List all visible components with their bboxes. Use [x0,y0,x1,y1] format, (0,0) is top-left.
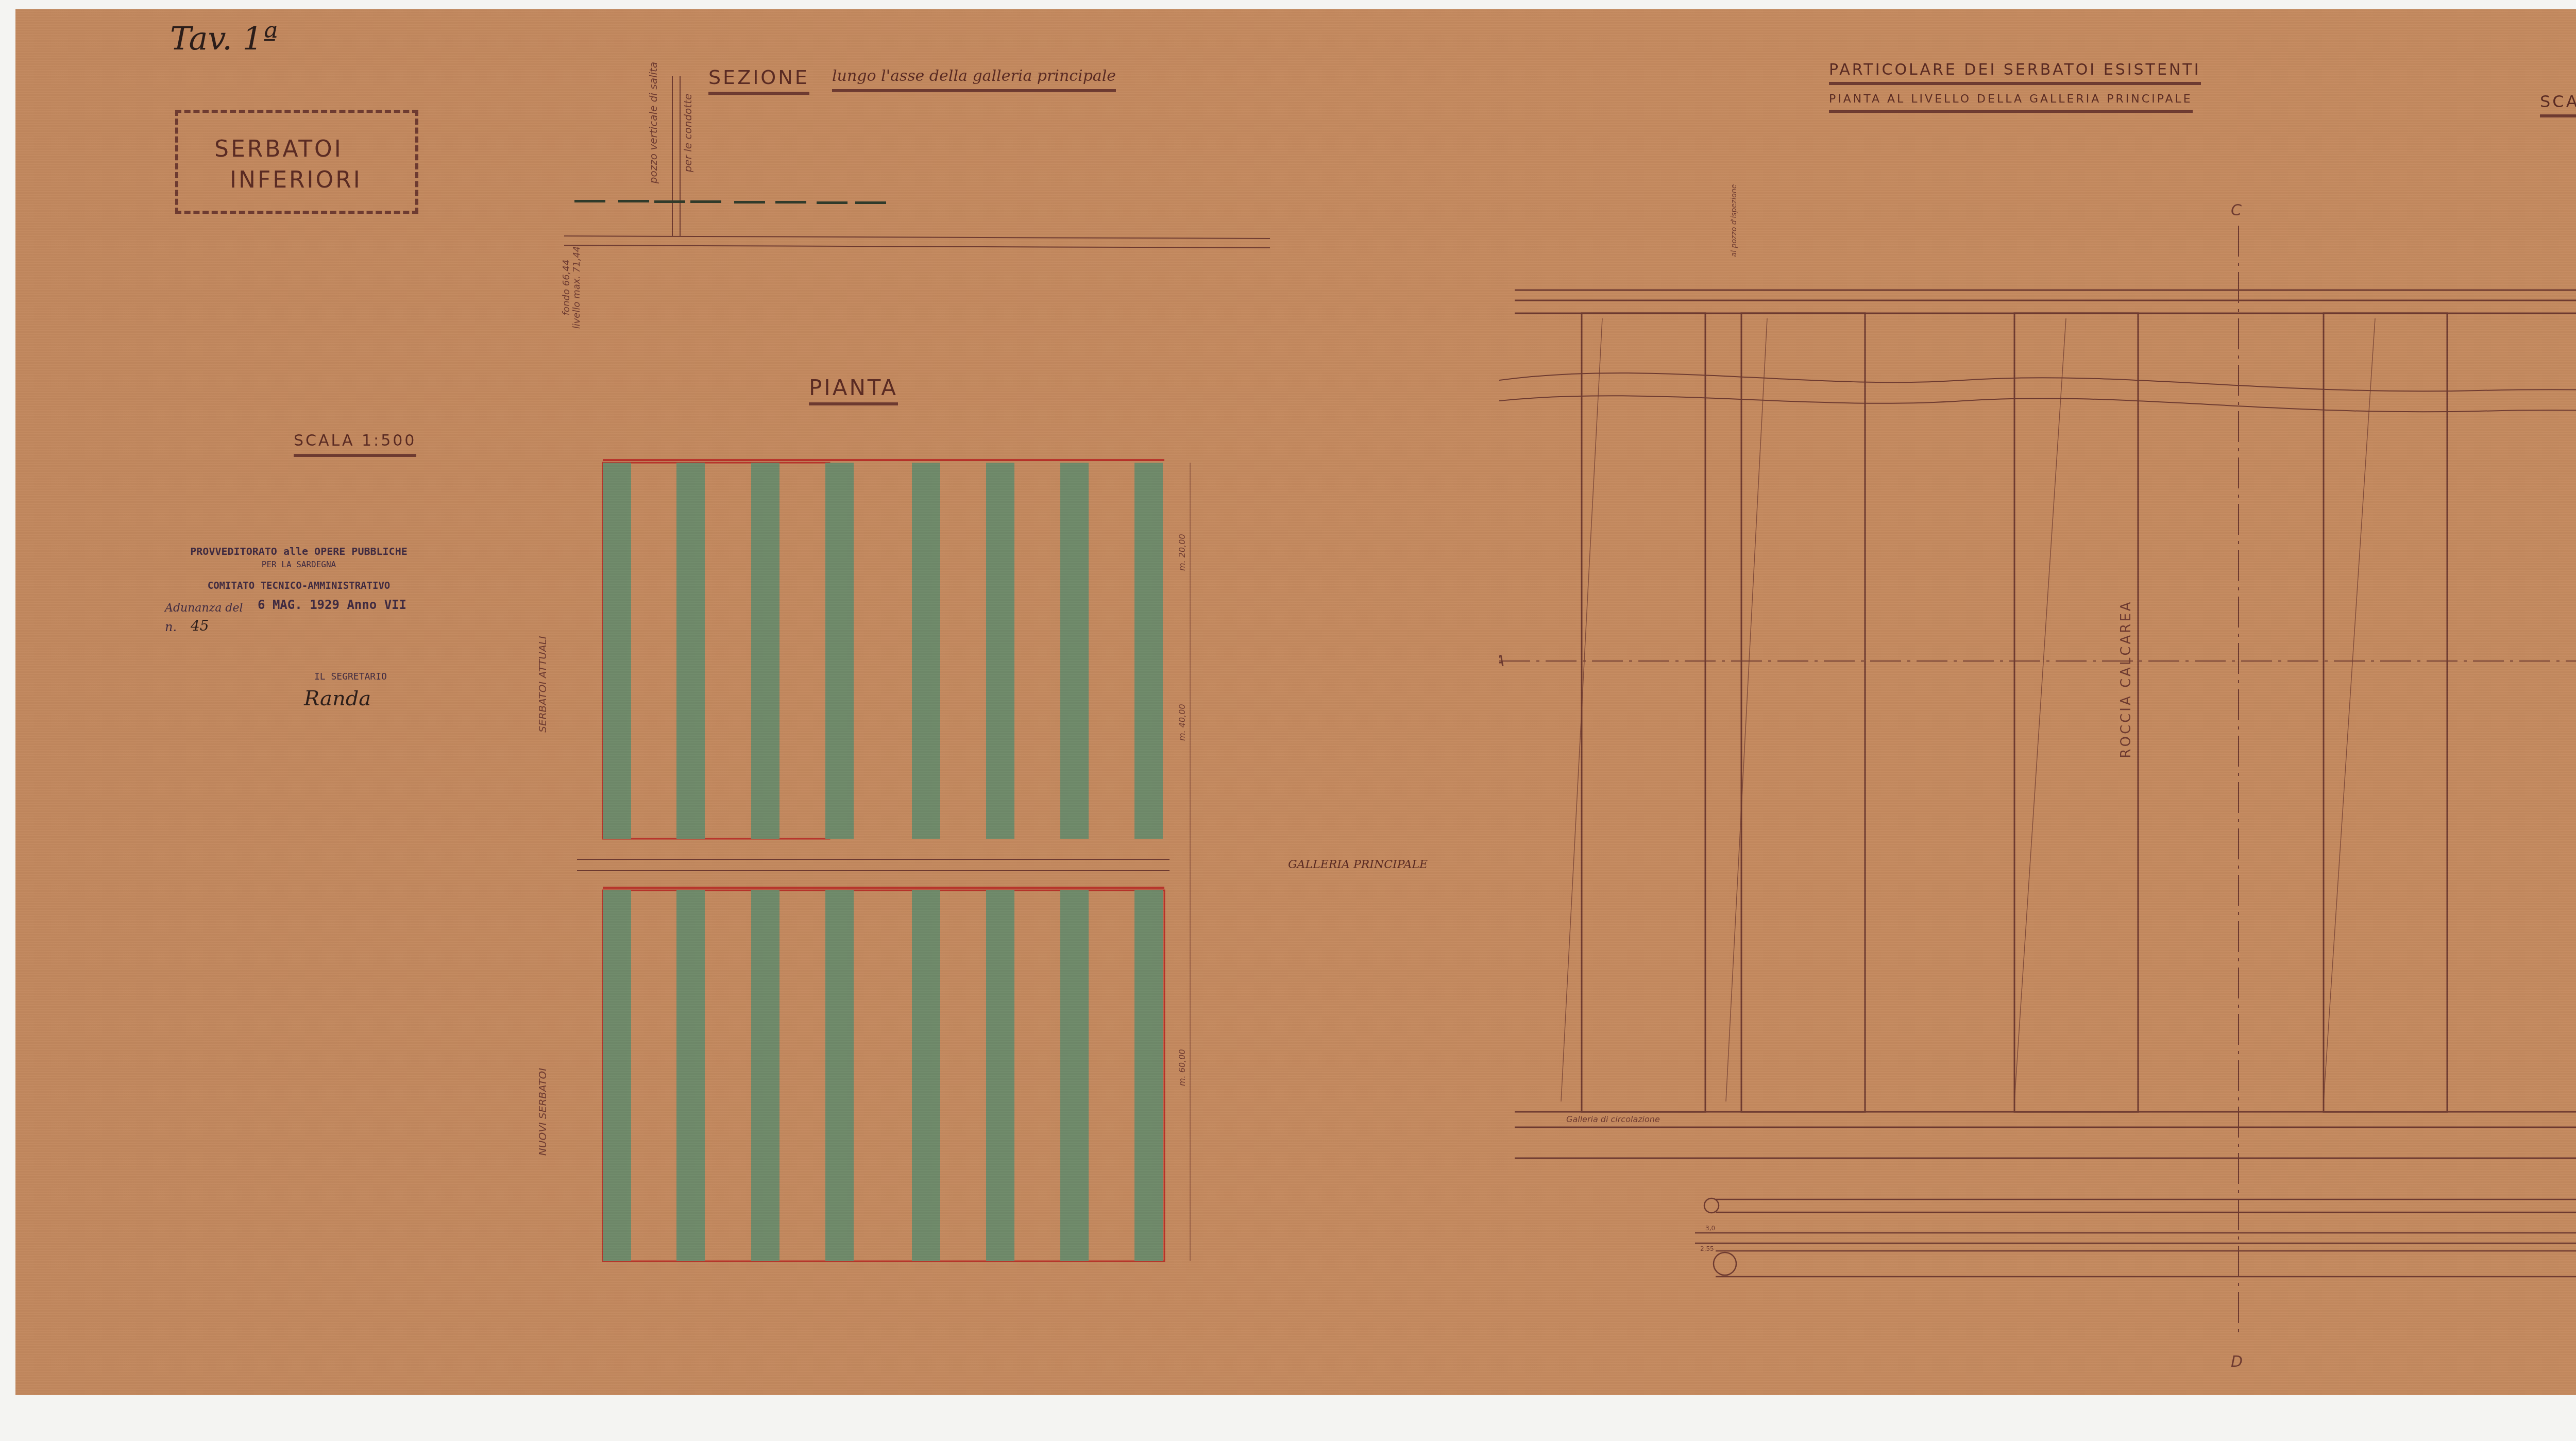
stamp-line1: PROVVEDITORATO alle OPERE PUBBLICHE [170,545,428,557]
number-value: 45 [191,617,209,634]
detail-plan-drawing: A B C D ROCCIA CALCAREA al pozzo d'ispez… [1499,164,2576,1375]
detail-scale: SCALA 1:100 [2540,92,2576,117]
pipe-dim-1: 3,0 [1705,1225,1715,1232]
drawing-sheet: Tav. 1ª SERBATOI INFERIORI SEZIONE lungo… [15,9,2576,1395]
detail-title: PARTICOLARE DEI SERBATOI ESISTENTI [1829,61,2201,85]
dim-upper-top: m. 20,00 [1177,534,1187,571]
section-drawing: pozzo verticale di salita per le condott… [556,61,1278,329]
shaft-label-1: pozzo verticale di salita [647,62,659,184]
inspection-shaft-label: al pozzo d'ispezione [1730,184,1738,257]
rock-label: ROCCIA CALCAREA [2119,600,2134,758]
section-title: SEZIONE [708,66,809,95]
title-box-line2: INFERIORI [230,167,362,193]
plan-scale: SCALA 1:500 [294,432,416,457]
section-mark-a: A [1499,652,1505,670]
stamp-line2: PER LA SARDEGNA [170,560,428,569]
shaft-label-2: per le condotte [682,94,694,173]
circulation-gallery-label: Galleria di circolazione [1566,1114,1660,1124]
detail-subtitle: PIANTA AL LIVELLO DELLA GALLERIA PRINCIP… [1829,93,2193,113]
stamp-line3: COMITATO TECNICO-AMMINISTRATIVO [170,580,428,591]
meeting-label: Adunanza del [165,602,243,615]
label-new-tanks: NUOVI SERBATOI [536,1068,549,1156]
section-subtitle: lungo l'asse della galleria principale [832,67,1116,92]
title-box: SERBATOI INFERIORI [175,110,418,214]
section-mark-c: C [2231,201,2242,219]
secretary-label: IL SEGRETARIO [314,671,387,682]
pipe-dim-2: 2,55 [1700,1245,1714,1252]
number-label: n. [165,620,177,634]
main-gallery-label: GALLERIA PRINCIPALE [1288,858,1428,871]
signature: Randa [304,687,371,710]
plan-small-drawing: m. 20,00 m. 40,00 m. 60,00 SERBATOI ATTU… [531,452,1200,1277]
section-mark-d: D [2231,1353,2243,1371]
plan-title: PIANTA [809,375,898,405]
dim-upper-bottom: m. 40,00 [1177,704,1187,741]
level-label-2: livello max. 71,44 [571,246,582,329]
title-box-line1: SERBATOI [214,136,343,162]
dim-lower: m. 60,00 [1177,1049,1187,1086]
plate-number: Tav. 1ª [170,20,278,57]
label-existing-tanks: SERBATOI ATTUALI [536,636,549,733]
level-label-1: fondo 66,44 [561,260,572,315]
meeting-date: 6 MAG. 1929 Anno VII [258,598,406,612]
